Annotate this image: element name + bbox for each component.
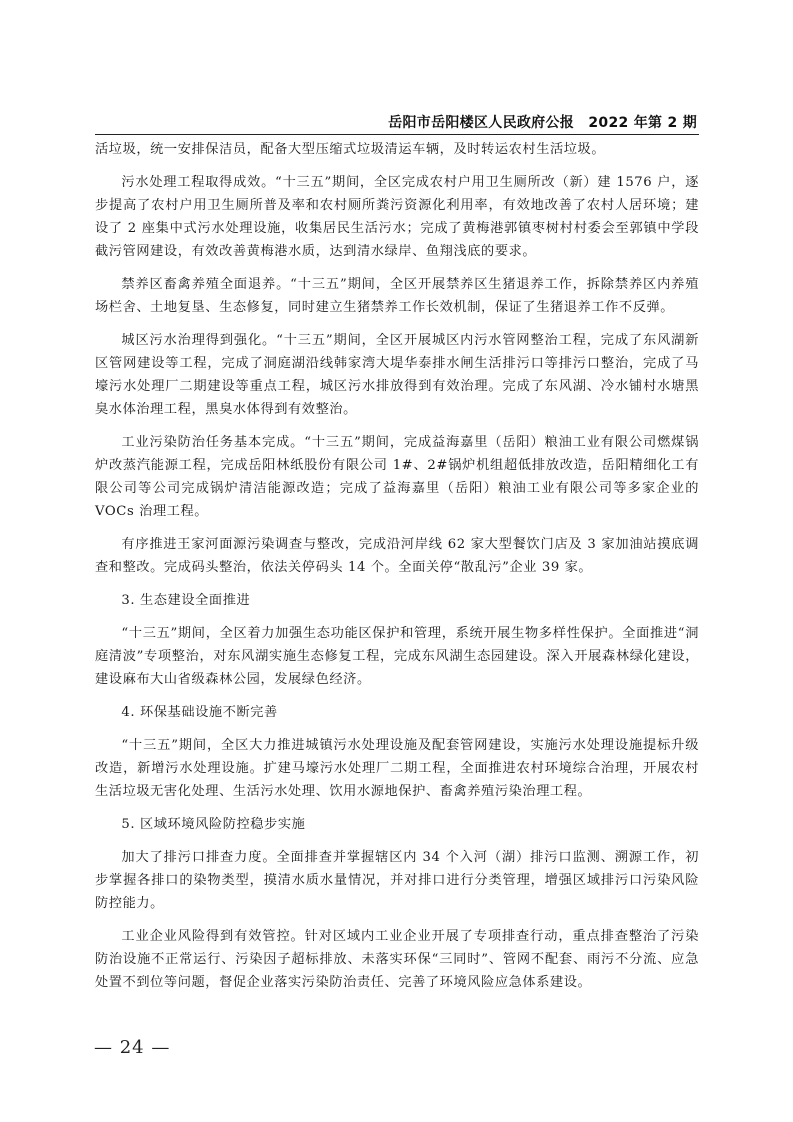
section-heading-ecology: 3. 生态建设全面推进: [95, 589, 699, 612]
paragraph-continuation: 活垃圾，统一安排保洁员，配备大型压缩式垃圾清运车辆，及时转运农村生活垃圾。: [95, 138, 699, 161]
publication-title: 岳阳市岳阳楼区人民政府公报 2022 年第 2 期: [388, 112, 697, 132]
page-number: — 24 —: [94, 1037, 170, 1058]
paragraph-industrial-pollution: 工业污染防治任务基本完成。“十三五”期间，完成益海嘉里（岳阳）粮油工业有限公司燃…: [95, 431, 699, 523]
paragraph-enterprise-risk: 工业企业风险得到有效管控。针对区域内工业企业开展了专项排查行动，重点排查整治了污…: [95, 925, 699, 994]
page-header: 岳阳市岳阳楼区人民政府公报 2022 年第 2 期: [95, 112, 699, 135]
paragraph-infrastructure: “十三五”期间，全区大力推进城镇污水处理设施及配套管网建设，实施污水处理设施提标…: [95, 734, 699, 803]
paragraph-ecology: “十三五”期间，全区着力加强生态功能区保护和管理，系统开展生物多样性保护。全面推…: [95, 622, 699, 691]
paragraph-outfall-inspection: 加大了排污口排查力度。全面排查并掌握辖区内 34 个入河（湖）排污口监测、溯源工…: [95, 846, 699, 915]
paragraph-livestock-ban: 禁养区畜禽养殖全面退养。“十三五”期间，全区开展禁养区生猪退养工作，拆除禁养区内…: [95, 273, 699, 319]
paragraph-urban-sewage: 城区污水治理得到强化。“十三五”期间，全区开展城区内污水管网整治工程，完成了东风…: [95, 329, 699, 421]
section-heading-risk-control: 5. 区域环境风险防控稳步实施: [95, 813, 699, 836]
paragraph-wangjia-river: 有序推进王家河面源污染调查与整改，完成沿河岸线 62 家大型餐饮门店及 3 家加…: [95, 533, 699, 579]
paragraph-sewage-treatment: 污水处理工程取得成效。“十三五”期间，全区完成农村户用卫生厕所改（新）建 157…: [95, 171, 699, 263]
section-heading-infrastructure: 4. 环保基础设施不断完善: [95, 701, 699, 724]
document-body: 活垃圾，统一安排保洁员，配备大型压缩式垃圾清运车辆，及时转运农村生活垃圾。 污水…: [95, 138, 699, 1004]
